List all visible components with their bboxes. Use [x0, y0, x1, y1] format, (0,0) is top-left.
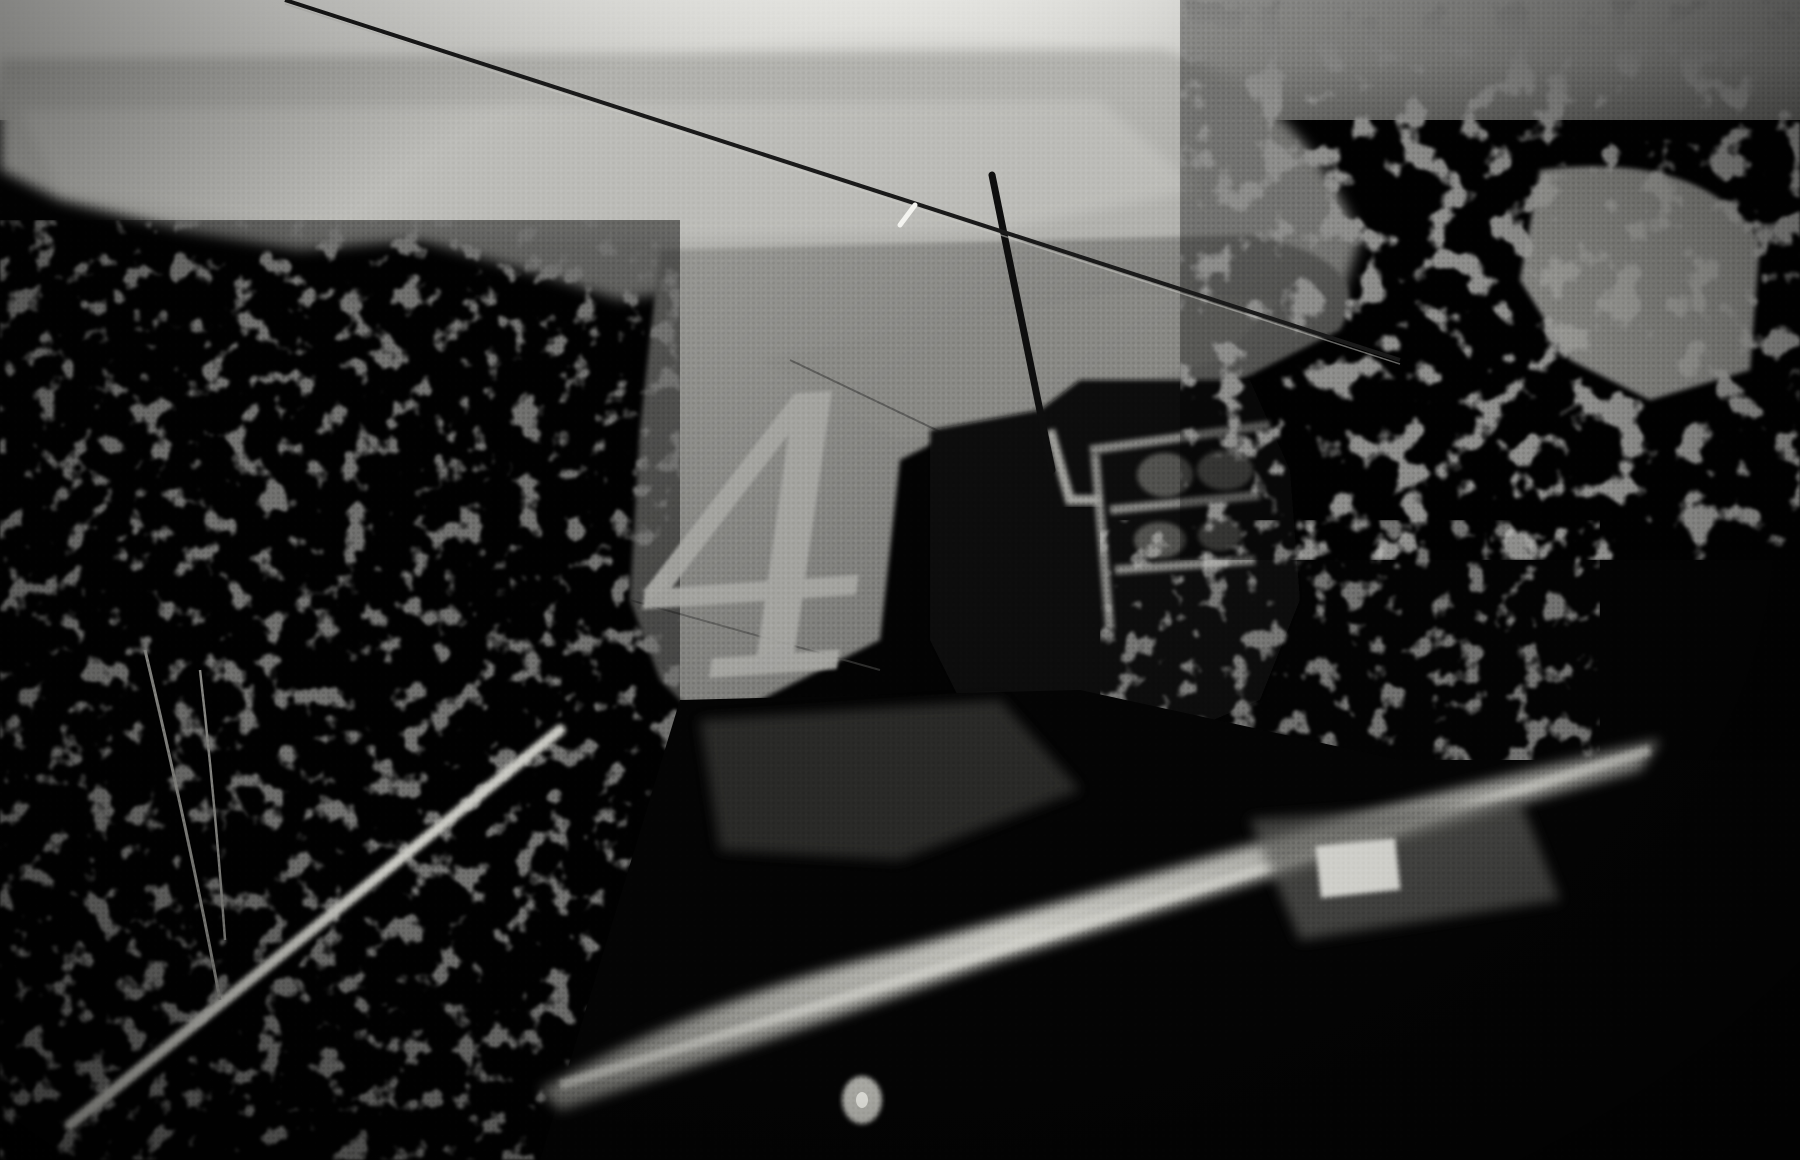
small-panel: [1316, 838, 1401, 898]
fuselage-number: 4: [615, 372, 905, 718]
photograph: [0, 0, 1800, 1160]
